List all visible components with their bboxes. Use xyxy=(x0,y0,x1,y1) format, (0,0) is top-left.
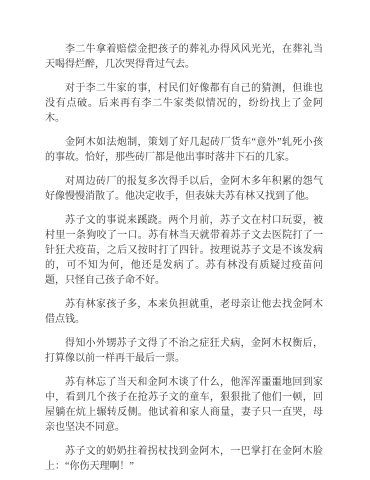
paragraph: 对周边砖厂的报复多次得手以后，金阿木多年积累的怨气好像慢慢消散了。他决定收手，但… xyxy=(45,174,323,204)
paragraph: 对于李二牛家的事，村民们好像都有自己的猜测，但谁也没有点破。后来再有李二牛家类似… xyxy=(45,81,323,126)
paragraph: 苏子文的奶奶拄着拐杖找到金阿木，一巴掌打在金阿木脸上：“你伤天理啊！” xyxy=(45,444,323,474)
paragraph: 得知小外甥苏子文得了不治之症狂犬病，金阿木权衡后，打算像以前一样再干最后一票。 xyxy=(45,336,323,366)
paragraph: 李二牛拿着赔偿金把孩子的葬礼办得风风光光，在葬礼当天喝得烂醉，几次哭得背过气去。 xyxy=(45,42,323,72)
paragraph: 苏有林家孩子多，本来负担就重，老母亲让他去找金阿木借点钱。 xyxy=(45,297,323,327)
paragraph: 苏有林忘了当天和金阿木谈了什么，他浑浑噩噩地回到家中，看到几个孩子在抢苏子文的童… xyxy=(45,375,323,435)
paragraph: 金阿木如法炮制，策划了好几起砖厂货车“意外”轧死小孩的事故。恰好，那些砖厂都是他… xyxy=(45,135,323,165)
paragraph: 苏子文的事说来蹊跷。两个月前，苏子文在村口玩耍，被村里一条狗咬了一口。苏有林当天… xyxy=(45,213,323,288)
document-page: 李二牛拿着赔偿金把孩子的葬礼办得风风光光，在葬礼当天喝得烂醉，几次哭得背过气去。… xyxy=(0,0,370,480)
